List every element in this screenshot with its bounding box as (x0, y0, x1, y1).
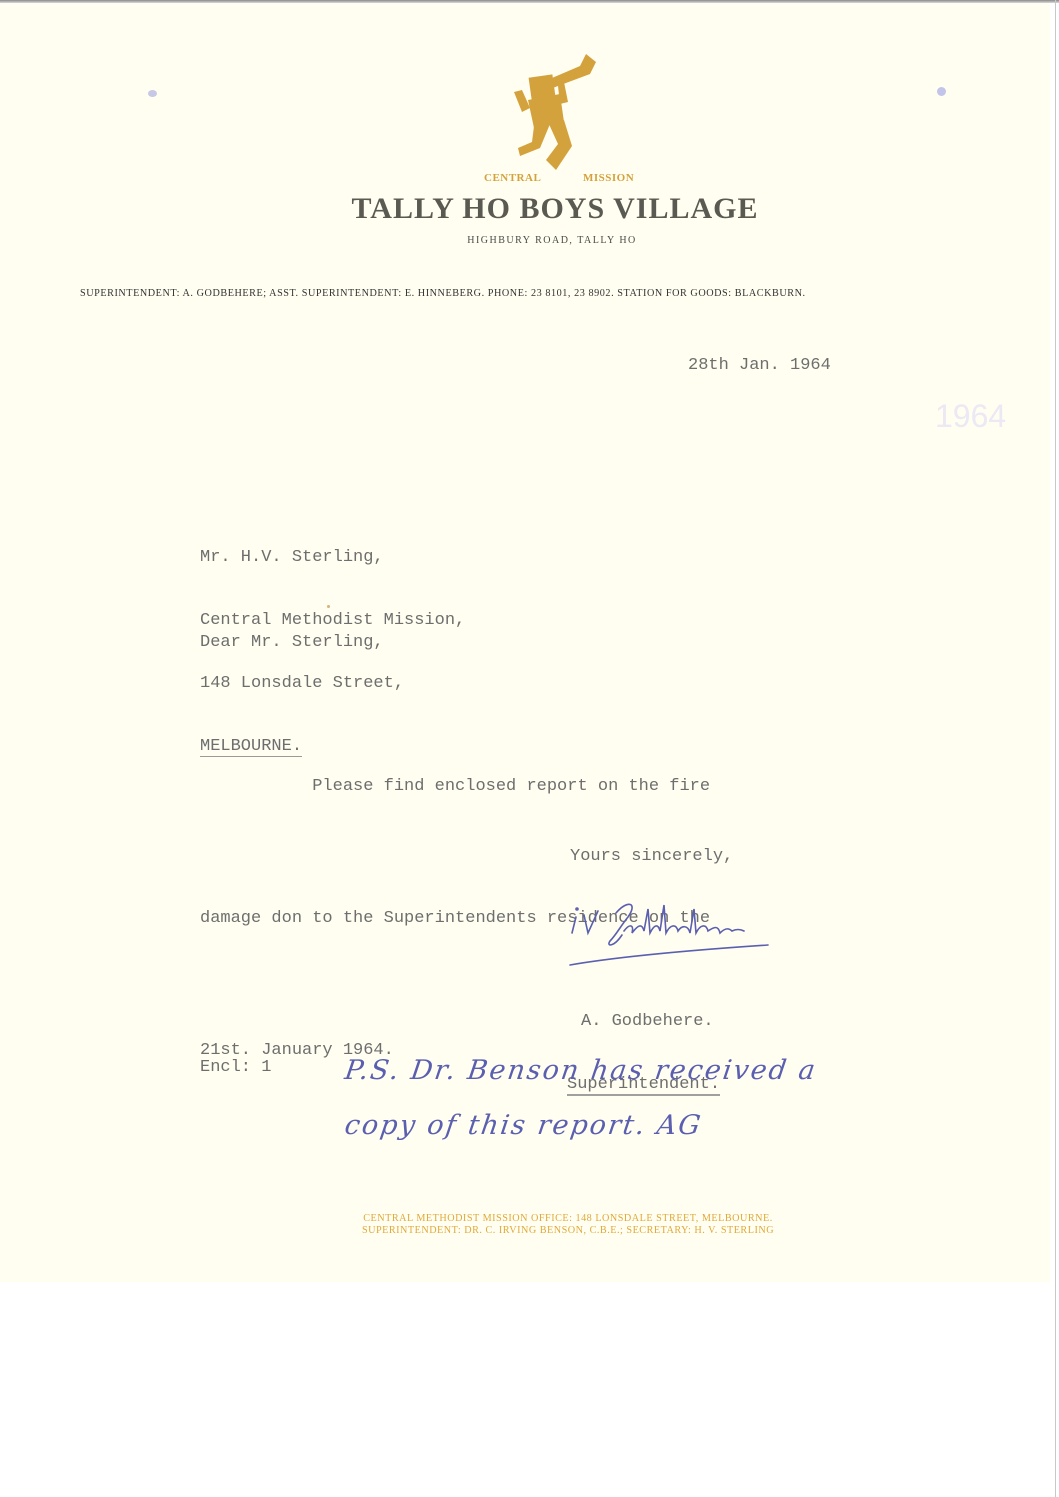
signature-icon (568, 895, 798, 970)
signer-name: A. Godbehere. (567, 1011, 720, 1032)
recipient-name: Mr. H.V. Sterling, (200, 547, 465, 568)
closing: Yours sincerely, (570, 846, 733, 867)
faint-received-stamp: 1964 (935, 398, 1006, 435)
ink-speck (148, 90, 157, 97)
postscript-line: copy of this report. AG (343, 1110, 704, 1141)
organization-title: TALLY HO BOYS VILLAGE (0, 192, 1059, 226)
salutation: Dear Mr. Sterling, (200, 632, 384, 653)
footer-line: SUPERINTENDENT: DR. C. IRVING BENSON, C.… (0, 1225, 1059, 1237)
logo-word-central: CENTRAL (484, 172, 541, 184)
organization-address: HIGHBURY ROAD, TALLY HO (0, 235, 1059, 246)
enclosure-note: Encl: 1 (200, 1057, 271, 1078)
boy-with-trumpet-icon (500, 52, 612, 182)
ink-speck (937, 87, 946, 96)
footer-line: CENTRAL METHODIST MISSION OFFICE: 148 LO… (0, 1213, 1059, 1225)
scan-top-edge (0, 0, 1059, 3)
logo-word-mission: MISSION (583, 172, 634, 184)
recipient-organization: Central Methodist Mission, (200, 610, 465, 631)
body-line: Please find enclosed report on the fire (200, 765, 710, 809)
letterhead-footer: CENTRAL METHODIST MISSION OFFICE: 148 LO… (0, 1213, 1059, 1237)
postscript-line: P.S. Dr. Benson has received a (343, 1055, 819, 1086)
signer-block: A. Godbehere. Superintendent. (567, 969, 720, 1116)
letter-date: 28th Jan. 1964 (688, 355, 831, 376)
staff-contact-line: SUPERINTENDENT: A. GODBEHERE; ASST. SUPE… (80, 288, 1020, 299)
